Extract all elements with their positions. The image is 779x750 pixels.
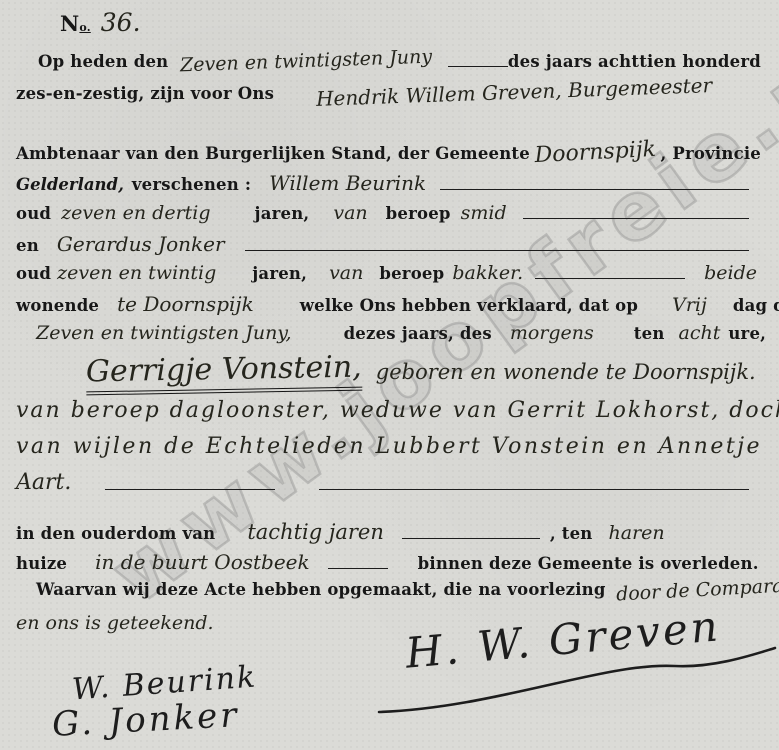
printed-text: jaren, [252, 264, 307, 283]
hw-witness1-age: zeven en dertig [61, 202, 210, 224]
printed-text: wonende [16, 296, 99, 315]
hw-witness2-beroep: bakker. [452, 262, 523, 284]
printed-text: ten [634, 324, 665, 343]
line-gemeente: Ambtenaar van den Burgerlijken Stand, de… [16, 140, 761, 165]
printed-text: dag den [733, 296, 779, 315]
blank-rule [245, 250, 749, 251]
hw-witness2-name: Gerardus Jonker [57, 232, 225, 256]
line-deceased-name: Gerrigje Vonstein, geboren en wonende te… [86, 352, 756, 393]
printed-text: Ambtenaar van den Burgerlijken Stand, de… [16, 144, 530, 163]
line-waarvan: Waarvan wij deze Acte hebben opgemaakt, … [36, 578, 779, 600]
printed-text: des jaars achttien honderd [508, 52, 761, 71]
printed-text: Op heden den [38, 52, 168, 71]
blank-rule [402, 538, 540, 539]
line-witness1-age: oud zeven en dertig jaren, van beroep sm… [16, 202, 749, 224]
printed-text-italic: Gelderland, [16, 175, 124, 194]
line-date-of-death: Zeven en twintigsten Juny, dezes jaars, … [36, 322, 766, 344]
hw-date: Zeven en twintigsten Juny [180, 46, 433, 77]
signature-flourish [375, 632, 779, 717]
hw-beide: beide [704, 262, 757, 284]
act-number-prefix: N [60, 11, 79, 36]
hw-van: van [333, 202, 367, 224]
blank-rule [448, 66, 507, 67]
hw-haren: haren [609, 522, 665, 544]
line-huize: huize in de buurt Oostbeek binnen deze G… [16, 550, 759, 574]
printed-text: welke Ons hebben verklaard, dat op [300, 296, 638, 315]
line-deceased-info1: van beroep dagloonster, weduwe van Gerri… [16, 398, 779, 423]
hw-witness1-beroep: smid [461, 202, 507, 224]
blank-rule [440, 189, 749, 190]
hw-witness1-name: Willem Beurink [269, 171, 426, 195]
act-number: No. 36. [60, 8, 141, 37]
hw-witness2-age: zeven en twintig [57, 262, 216, 284]
line-witness2-name: en Gerardus Jonker [16, 232, 749, 256]
printed-text: huize [16, 554, 67, 573]
printed-text: beroep [386, 204, 451, 223]
death-certificate-scan: www.joopfreie.nl No. 36. Op heden den Ze… [0, 0, 779, 750]
hw-deceased-born: geboren en wonende te Doornspijk. [376, 360, 756, 384]
hw-huize-place: in de buurt Oostbeek [95, 550, 309, 574]
printed-text: zes-en-zestig, zijn voor Ons [16, 84, 274, 103]
hw-uur: acht [679, 322, 721, 344]
printed-text: beroep [379, 264, 444, 283]
printed-text: binnen deze Gemeente is overleden. [418, 554, 759, 573]
line-age: in den ouderdom van tachtig jaren , ten … [16, 520, 665, 544]
blank-rule [535, 278, 685, 279]
hw-official-name: Hendrik Willem Greven, Burgemeester [316, 73, 713, 111]
line-opening-date: Op heden den Zeven en twintigsten Juny d… [38, 50, 761, 72]
printed-text: ure, [728, 324, 766, 343]
printed-text: verschenen : [132, 175, 251, 194]
hw-age: tachtig jaren [247, 520, 384, 544]
hw-geteekend: en ons is geteekend. [16, 612, 214, 634]
line-deceased-info2: van wijlen de Echtelieden Lubbert Vonste… [16, 434, 762, 459]
printed-text: oud [16, 204, 51, 223]
line-geteekend: en ons is geteekend. [16, 612, 214, 634]
act-number-value: 36. [101, 8, 141, 37]
line-official: zes-en-zestig, zijn voor Ons Hendrik Wil… [16, 80, 712, 104]
hw-deceased-name: Gerrigje Vonstein, [86, 350, 362, 396]
line-witness2-age: oud zeven en twintig jaren, van beroep b… [16, 262, 757, 284]
blank-rule [319, 489, 749, 490]
line-wonende: wonende te Doornspijk welke Ons hebben v… [16, 292, 779, 316]
blank-rule [105, 489, 275, 490]
blank-rule [328, 568, 388, 569]
hw-date2: Zeven en twintigsten Juny, [36, 322, 292, 344]
line-witness1-name: Gelderland, verschenen : Willem Beurink [16, 171, 749, 195]
hw-deceased-info: van beroep dagloonster, weduwe van Gerri… [16, 398, 779, 423]
printed-text: dezes jaars, des [344, 324, 492, 343]
printed-text: en [16, 236, 39, 255]
hw-van: van [329, 262, 363, 284]
hw-gemeente: Doornspijk [529, 137, 661, 169]
printed-text: oud [16, 264, 51, 283]
printed-text: , Provincie [661, 144, 761, 163]
act-number-sup: o. [79, 21, 90, 34]
hw-deceased-parents: van wijlen de Echtelieden Lubbert Vonste… [16, 434, 762, 459]
blank-rule [523, 218, 749, 219]
printed-text: , ten [550, 524, 593, 543]
hw-deceased-mother: Aart. [16, 470, 71, 495]
line-deceased-info3: Aart. [16, 470, 749, 495]
hw-dag: Vrij [672, 294, 707, 316]
printed-text: in den ouderdom van [16, 524, 215, 543]
printed-text: Waarvan wij deze Acte hebben opgemaakt, … [36, 580, 606, 599]
hw-dagdeel: morgens [510, 322, 594, 344]
signature-witness2: G. Jonker [51, 695, 240, 745]
hw-wonende: te Doornspijk [117, 292, 254, 316]
hw-door-comparanten: door de Comparanten [615, 572, 779, 605]
printed-text: jaren, [255, 204, 310, 223]
